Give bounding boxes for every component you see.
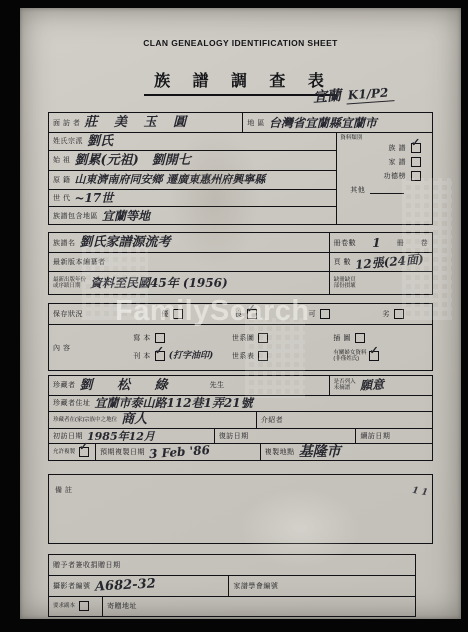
content-label-cell: 內 容: [49, 325, 133, 370]
content-manuscript-label: 寫 本: [133, 333, 150, 343]
generations-cell: 世 代 ~17世: [49, 190, 336, 207]
interviewer-value: 莊 美 玉 圓: [84, 116, 192, 129]
doc-type-jiapu-checkbox: [411, 157, 421, 167]
volume-info-table: 族譜名 劉氏家譜源流考 冊卷數 1 冊 卷 最新版本編纂者 頁 數 12張(24: [48, 232, 433, 295]
volumes-unit-juan: 卷: [420, 238, 428, 248]
doc-type-gongdebang-checkbox: [411, 171, 421, 181]
collector-name-cell: 珍藏者 劉 松 綠 先生: [49, 376, 329, 395]
surname-value: 劉氏: [87, 135, 113, 148]
consent-value: 願意: [359, 379, 384, 392]
collector-address-row: 珍藏者住址 宜蘭市泰山路112巷1弄21號: [49, 395, 432, 412]
condition-option-poor: 劣: [382, 309, 404, 319]
compiler-cell: 最新版本編纂者: [49, 253, 329, 271]
missing-cell: 缺冊缺頁 部份損壞: [329, 272, 432, 294]
second-visit-cell: 復訪日期: [214, 429, 356, 444]
pubdate-cell: 最新出版年份 或序跋日期 資料至民國45年 (1956): [49, 272, 329, 294]
donor-label: 贈予者簽收捐贈日期: [53, 560, 121, 570]
condition-poor-label: 劣: [382, 309, 390, 319]
numbers-row: 攝影者編號 A682-32 家譜學會編號: [49, 575, 415, 595]
content-women-data-checkbox: ✓: [369, 351, 379, 361]
copy-date-cell: 預期複製日期 3 Feb '86: [95, 444, 260, 460]
remarks-box: 備 註: [48, 474, 433, 544]
surname-cell: 姓氏宗派 劉氏: [49, 133, 336, 150]
content-pedigree-table-label: 世系表: [232, 351, 255, 361]
microfilm-scan-frame: CLAN GENEALOGY IDENTIFICATION SHEET 族 譜 …: [0, 0, 468, 632]
condition-row: 保存狀況 優 良 ✓ 可 劣: [49, 304, 432, 324]
first-ancestor-value: 劉累(元祖) 劉開七: [74, 154, 190, 167]
copy-place-value: 基隆市: [299, 445, 341, 459]
content-printed-note: (打字油印): [169, 352, 214, 361]
generations-value: ~17世: [74, 192, 113, 204]
collector-table: 珍藏者 劉 松 綠 先生 是否列入 未摘譜 願意 珍藏者住址 宜蘭市泰山路112…: [48, 375, 433, 461]
copy-request-row: 要求副本 寄贈地址: [49, 596, 415, 616]
mailing-address-label: 寄贈地址: [107, 601, 137, 611]
condition-label-cell: 保存狀況: [49, 304, 133, 324]
doc-type-zupu-checkbox: ✓: [411, 143, 421, 153]
pubdate-missing-row: 最新出版年份 或序跋日期 資料至民國45年 (1956) 缺冊缺頁 部份損壞: [49, 271, 432, 294]
content-manuscript-checkbox: [155, 333, 165, 343]
condition-option-excellent: 優: [161, 309, 183, 319]
consent-label-line2: 未摘譜: [334, 385, 356, 391]
content-pedigree-chart-checkbox: [258, 333, 268, 343]
copy-permission-row: 允許複製 ✓ 預期複製日期 3 Feb '86 複製地點 基隆市: [49, 443, 432, 460]
condition-options-cell: 優 良 ✓ 可 劣: [133, 304, 432, 324]
condition-fair-label: 可: [309, 309, 317, 319]
doc-type-zupu-checkmark: ✓: [411, 137, 420, 148]
doc-type-option-gongdebang: 功德榜: [340, 169, 429, 183]
content-option-printed: 刊 本 ✓ (打字油印): [133, 350, 232, 362]
photographer-number-value: A682-32: [94, 578, 155, 594]
compiler-label: 最新版本編纂者: [53, 257, 106, 267]
doc-type-box: 資料類別 族 譜 ✓ 家 譜 功德榜 其他: [336, 133, 432, 224]
pages-label: 頁 數: [334, 257, 351, 267]
volumes-cell: 冊卷數 1 冊 卷: [329, 233, 432, 252]
content-option-pedigree-table: 世系表: [232, 350, 334, 362]
first-ancestor-cell: 始 祖 劉累(元祖) 劉開七: [49, 151, 336, 170]
survey-left-column: 姓氏宗派 劉氏 始 祖 劉累(元祖) 劉開七 原 籍 山東濟南府: [49, 133, 336, 224]
scanned-form-paper: CLAN GENEALOGY IDENTIFICATION SHEET 族 譜 …: [20, 8, 461, 619]
first-visit-value: 1985年12月: [87, 431, 155, 442]
region-value: 台灣省宜蘭縣宜蘭市: [269, 117, 377, 129]
second-visit-label: 復訪日期: [219, 431, 249, 441]
doc-type-option-jiapu: 家 譜: [340, 155, 429, 169]
consent-cell: 是否列入 未摘譜 願意: [329, 376, 432, 395]
content-option-women-data: 有關婦女資料 (非僅姓氏) ✓: [333, 350, 432, 362]
visit-dates-row: 初訪日期 1985年12月 復訪日期 續訪日期: [49, 428, 432, 444]
content-options-line2: 刊 本 ✓ (打字油印) 世系表 有關婦女資料 (非僅姓氏): [133, 350, 432, 362]
origin-cell: 原 籍 山東濟南府同安鄉 遷廣東惠州府興寧縣: [49, 171, 336, 189]
society-number-label: 家譜學會編號: [233, 581, 278, 591]
generations-row: 世 代 ~17世: [49, 189, 336, 207]
origin-row: 原 籍 山東濟南府同安鄉 遷廣東惠州府興寧縣: [49, 170, 336, 189]
collector-name-row: 珍藏者 劉 松 綠 先生 是否列入 未摘譜 願意: [49, 376, 432, 395]
copy-permit-checkmark: ✓: [79, 441, 88, 452]
coverage-value: 宜蘭等地: [102, 210, 150, 222]
content-printed-checkmark: ✓: [155, 345, 164, 356]
collector-name-label: 珍藏者: [53, 380, 76, 390]
copy-permit-cell: 允許複製 ✓: [49, 444, 95, 460]
doc-type-jiapu-label: 家 譜: [389, 157, 406, 167]
copy-request-checkbox: [79, 601, 89, 611]
page-note-prefix: 宜蘭: [313, 88, 342, 106]
content-label: 內 容: [53, 343, 70, 353]
copy-permit-label: 允許複製: [53, 449, 75, 455]
pages-cell: 頁 數 12張(24面): [329, 253, 432, 271]
doc-type-zupu-label: 族 譜: [389, 143, 406, 153]
interviewer-region-row: 面 訪 者 莊 美 玉 圓 地 區 台灣省宜蘭縣宜蘭市: [49, 113, 432, 132]
content-options-cell: 寫 本 世系圖 插 圖: [133, 325, 432, 370]
content-women-data-checkmark: ✓: [369, 345, 378, 356]
collector-address-cell: 珍藏者住址 宜蘭市泰山路112巷1弄21號: [49, 396, 432, 412]
condition-good-label: 良: [235, 309, 243, 319]
condition-good-checkmark: ✓: [247, 303, 256, 314]
copy-place-label: 複製地點: [265, 447, 295, 457]
collector-address-value: 宜蘭市泰山路112巷1弄21號: [95, 397, 253, 409]
origin-value: 山東濟南府同安鄉 遷廣東惠州府興寧縣: [74, 174, 265, 185]
photographer-number-cell: 攝影者編號 A682-32: [49, 576, 228, 595]
doc-type-other-label: 其他: [350, 185, 365, 195]
content-printed-label: 刊 本: [133, 351, 150, 361]
copy-request-cell: 要求副本: [49, 597, 102, 616]
third-visit-cell: 續訪日期: [355, 429, 432, 444]
pubdate-label-line2: 或序跋日期: [53, 283, 86, 289]
form-title-chinese: 族 譜 調 查 表: [144, 68, 337, 96]
content-illustrations-checkbox: [355, 333, 365, 343]
copy-request-label: 要求副本: [53, 603, 75, 609]
remarks-label: 備 註: [55, 487, 72, 494]
pages-value: 12張(24面): [355, 253, 425, 271]
donor-cell: 贈予者簽收捐贈日期: [49, 555, 415, 575]
collector-position-label: 珍藏者在(家)宗族中之地位: [53, 417, 117, 423]
society-number-cell: 家譜學會編號: [228, 576, 415, 595]
collector-position-cell: 珍藏者在(家)宗族中之地位 商人: [49, 412, 256, 428]
form-title-chinese-wrap: 族 譜 調 查 表: [20, 68, 461, 96]
condition-excellent-label: 優: [161, 309, 169, 319]
surname-label: 姓氏宗派: [53, 136, 83, 146]
genealogy-name-label: 族譜名: [53, 238, 76, 248]
content-option-pedigree-chart: 世系圖: [232, 333, 334, 343]
collector-position-row: 珍藏者在(家)宗族中之地位 商人 介紹者: [49, 411, 432, 428]
content-women-data-sublabel: (非僅姓氏): [333, 356, 366, 362]
content-pedigree-chart-label: 世系圖: [232, 333, 255, 343]
page-note-code: K1/P2: [345, 85, 395, 104]
introducer-cell: 介紹者: [256, 412, 432, 428]
content-printed-checkbox: ✓: [155, 351, 165, 361]
generations-label: 世 代: [53, 193, 70, 203]
content-illustrations-label: 插 圖: [333, 333, 350, 343]
volumes-unit-ce: 冊: [397, 238, 405, 248]
interviewer-cell: 面 訪 者 莊 美 玉 圓: [49, 113, 242, 132]
condition-option-fair: 可: [309, 309, 331, 319]
pubdate-value: 資料至民國45年 (1956): [90, 277, 228, 289]
collector-name-suffix: 先生: [210, 380, 225, 390]
survey-body-row: 姓氏宗派 劉氏 始 祖 劉累(元祖) 劉開七 原 籍 山東濟南府: [49, 132, 432, 224]
origin-label: 原 籍: [53, 175, 70, 185]
copy-permit-checkbox: ✓: [79, 447, 89, 457]
donor-row: 贈予者簽收捐贈日期: [49, 555, 415, 575]
content-row: 內 容 寫 本 世系圖 插 圖: [49, 324, 432, 370]
doc-type-other-blank-line: [370, 186, 404, 194]
form-title-english: CLAN GENEALOGY IDENTIFICATION SHEET: [20, 38, 461, 48]
genealogy-name-row: 族譜名 劉氏家譜源流考 冊卷數 1 冊 卷: [49, 233, 432, 252]
first-visit-cell: 初訪日期 1985年12月: [49, 429, 214, 444]
survey-info-table: 面 訪 者 莊 美 玉 圓 地 區 台灣省宜蘭縣宜蘭市 姓氏宗派 劉氏: [48, 112, 433, 225]
condition-poor-checkbox: [394, 309, 404, 319]
registry-table: 贈予者簽收捐贈日期 攝影者編號 A682-32 家譜學會編號 要求副本: [48, 554, 416, 617]
first-ancestor-row: 始 祖 劉累(元祖) 劉開七: [49, 150, 336, 170]
condition-label: 保存狀況: [53, 309, 83, 319]
condition-excellent-checkbox: [173, 309, 183, 319]
region-cell: 地 區 台灣省宜蘭縣宜蘭市: [242, 113, 432, 132]
coverage-cell: 族譜包含地區 宜蘭等地: [49, 207, 336, 224]
genealogy-name-cell: 族譜名 劉氏家譜源流考: [49, 233, 329, 252]
photographer-number-label: 攝影者編號: [53, 581, 91, 591]
collector-name-value: 劉 松 綠: [80, 379, 178, 392]
condition-table: 保存狀況 優 良 ✓ 可 劣: [48, 303, 433, 371]
surname-row: 姓氏宗派 劉氏: [49, 133, 336, 150]
volumes-label: 冊卷數: [334, 238, 357, 248]
doc-type-gongdebang-label: 功德榜: [384, 171, 407, 181]
handwritten-page-note: 宜蘭 K1/P2: [313, 85, 395, 105]
condition-option-good: 良 ✓: [235, 309, 257, 319]
condition-fair-checkbox: [320, 309, 330, 319]
collector-address-label: 珍藏者住址: [53, 398, 91, 408]
region-label: 地 區: [247, 118, 264, 128]
content-options-line1: 寫 本 世系圖 插 圖: [133, 333, 432, 343]
doc-type-option-other: 其他: [340, 183, 429, 197]
missing-label-line2: 部份損壞: [334, 283, 356, 289]
compiler-pages-row: 最新版本編纂者 頁 數 12張(24面): [49, 252, 432, 271]
interviewer-label: 面 訪 者: [53, 118, 80, 128]
content-pedigree-table-checkbox: [258, 351, 268, 361]
mailing-address-cell: 寄贈地址: [102, 597, 415, 616]
volumes-value: 1: [372, 237, 380, 249]
genealogy-name-value: 劉氏家譜源流考: [80, 236, 171, 249]
content-option-manuscript: 寫 本: [133, 333, 232, 343]
introducer-label: 介紹者: [261, 415, 284, 425]
coverage-row: 族譜包含地區 宜蘭等地: [49, 206, 336, 224]
third-visit-label: 續訪日期: [360, 431, 390, 441]
collector-position-value: 商人: [121, 413, 147, 426]
doc-type-option-zupu: 族 譜 ✓: [340, 141, 429, 155]
coverage-label: 族譜包含地區: [53, 211, 98, 221]
content-option-illustrations: 插 圖: [333, 333, 432, 343]
first-ancestor-label: 始 祖: [53, 155, 70, 165]
copy-date-label: 預期複製日期: [100, 447, 145, 457]
copy-place-cell: 複製地點 基隆市: [260, 444, 432, 460]
copy-date-value: 3 Feb '86: [149, 444, 211, 460]
condition-good-checkbox: ✓: [247, 309, 257, 319]
